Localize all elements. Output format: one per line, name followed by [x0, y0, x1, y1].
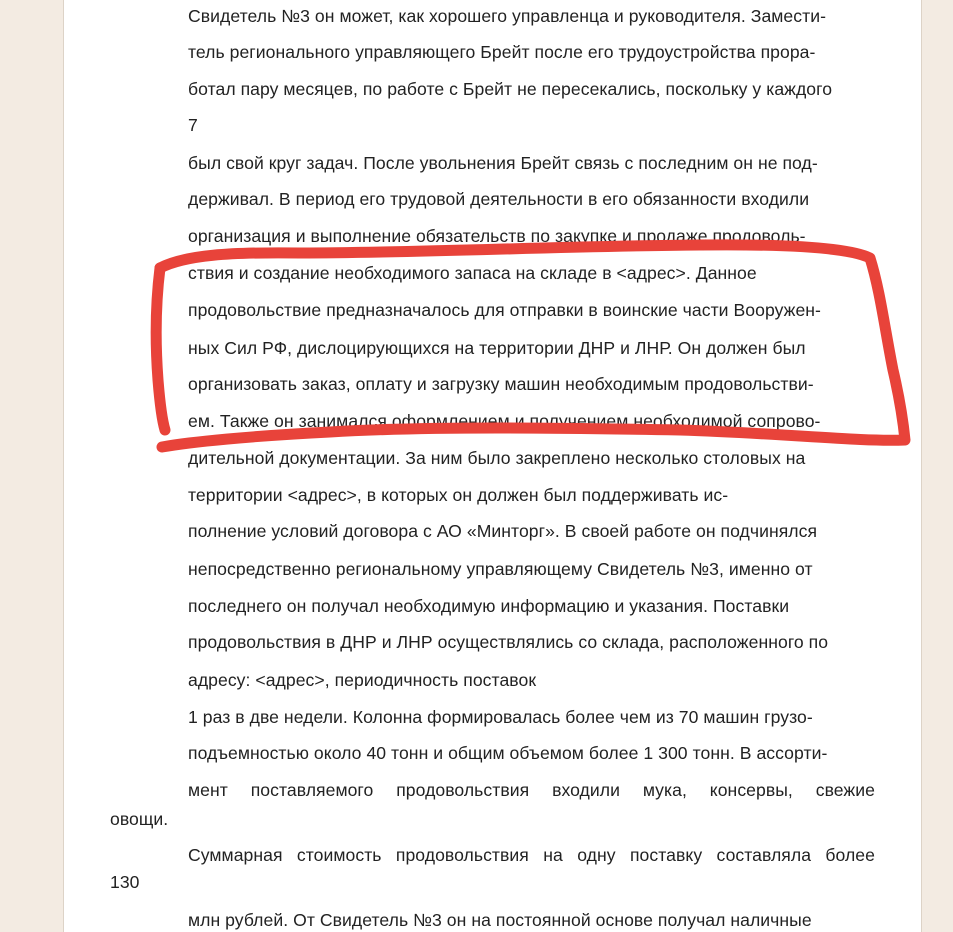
word: консервы, — [710, 780, 793, 800]
word: мент — [188, 780, 228, 800]
text-line: территории <адрес>, в которых он должен … — [188, 485, 728, 505]
word: стоимость — [297, 845, 382, 865]
highlighted-text-line: ных Сил РФ, дислоцирующихся на территори… — [188, 338, 806, 358]
word: одну — [577, 845, 615, 865]
text-line: дительной документации. За ним было закр… — [188, 448, 805, 468]
word: на — [543, 845, 563, 865]
highlighted-text-line: организовать заказ, оплату и загрузку ма… — [188, 374, 814, 394]
word: поставляемого — [251, 780, 374, 800]
word: более — [825, 845, 875, 865]
text-line: держивал. В период его трудовой деятельн… — [188, 189, 809, 209]
text-line: 1 раз в две недели. Колонна формировалас… — [188, 707, 813, 727]
text-line: организация и выполнение обязательств по… — [188, 226, 806, 246]
word: входили — [552, 780, 620, 800]
text-line: 130 — [110, 872, 140, 892]
highlighted-text-line: продовольствие предназначалось для отпра… — [188, 300, 821, 320]
word: составляла — [717, 845, 812, 865]
text-line: полнение условий договора с АО «Минторг»… — [188, 521, 817, 541]
text-line: адресу: <адрес>, периодичность поставок — [188, 670, 536, 690]
word: Суммарная — [188, 845, 283, 865]
word: продовольствия — [396, 780, 529, 800]
page-number: 7 — [188, 115, 198, 135]
highlighted-text-line: ем. Также он занимался оформлением и пол… — [188, 411, 820, 431]
text-line: ботал пару месяцев, по работе с Брейт не… — [188, 79, 832, 99]
text-line: млн рублей. От Свидетель №3 он на постоя… — [188, 910, 812, 930]
highlighted-text-line: ствия и создание необходимого запаса на … — [188, 263, 757, 283]
text-line: тель регионального управляющего Брейт по… — [188, 42, 815, 62]
word: мука, — [643, 780, 687, 800]
text-line: последнего он получал необходимую информ… — [188, 596, 789, 616]
text-line: непосредственно региональному управляюще… — [188, 559, 813, 579]
justified-text-line: Суммарная стоимость продовольствия на од… — [188, 845, 875, 865]
text-line: Свидетель №3 он может, как хорошего упра… — [188, 6, 826, 26]
word: свежие — [816, 780, 875, 800]
text-line: продовольствия в ДНР и ЛНР осуществлялис… — [188, 632, 828, 652]
text-line: подъемностью около 40 тонн и общим объем… — [188, 743, 827, 763]
justified-text-line: мент поставляемого продовольствия входил… — [188, 780, 875, 800]
text-line: овощи. — [110, 809, 168, 829]
text-line: был свой круг задач. После увольнения Бр… — [188, 153, 818, 173]
word: продовольствия — [396, 845, 529, 865]
word: поставку — [630, 845, 702, 865]
